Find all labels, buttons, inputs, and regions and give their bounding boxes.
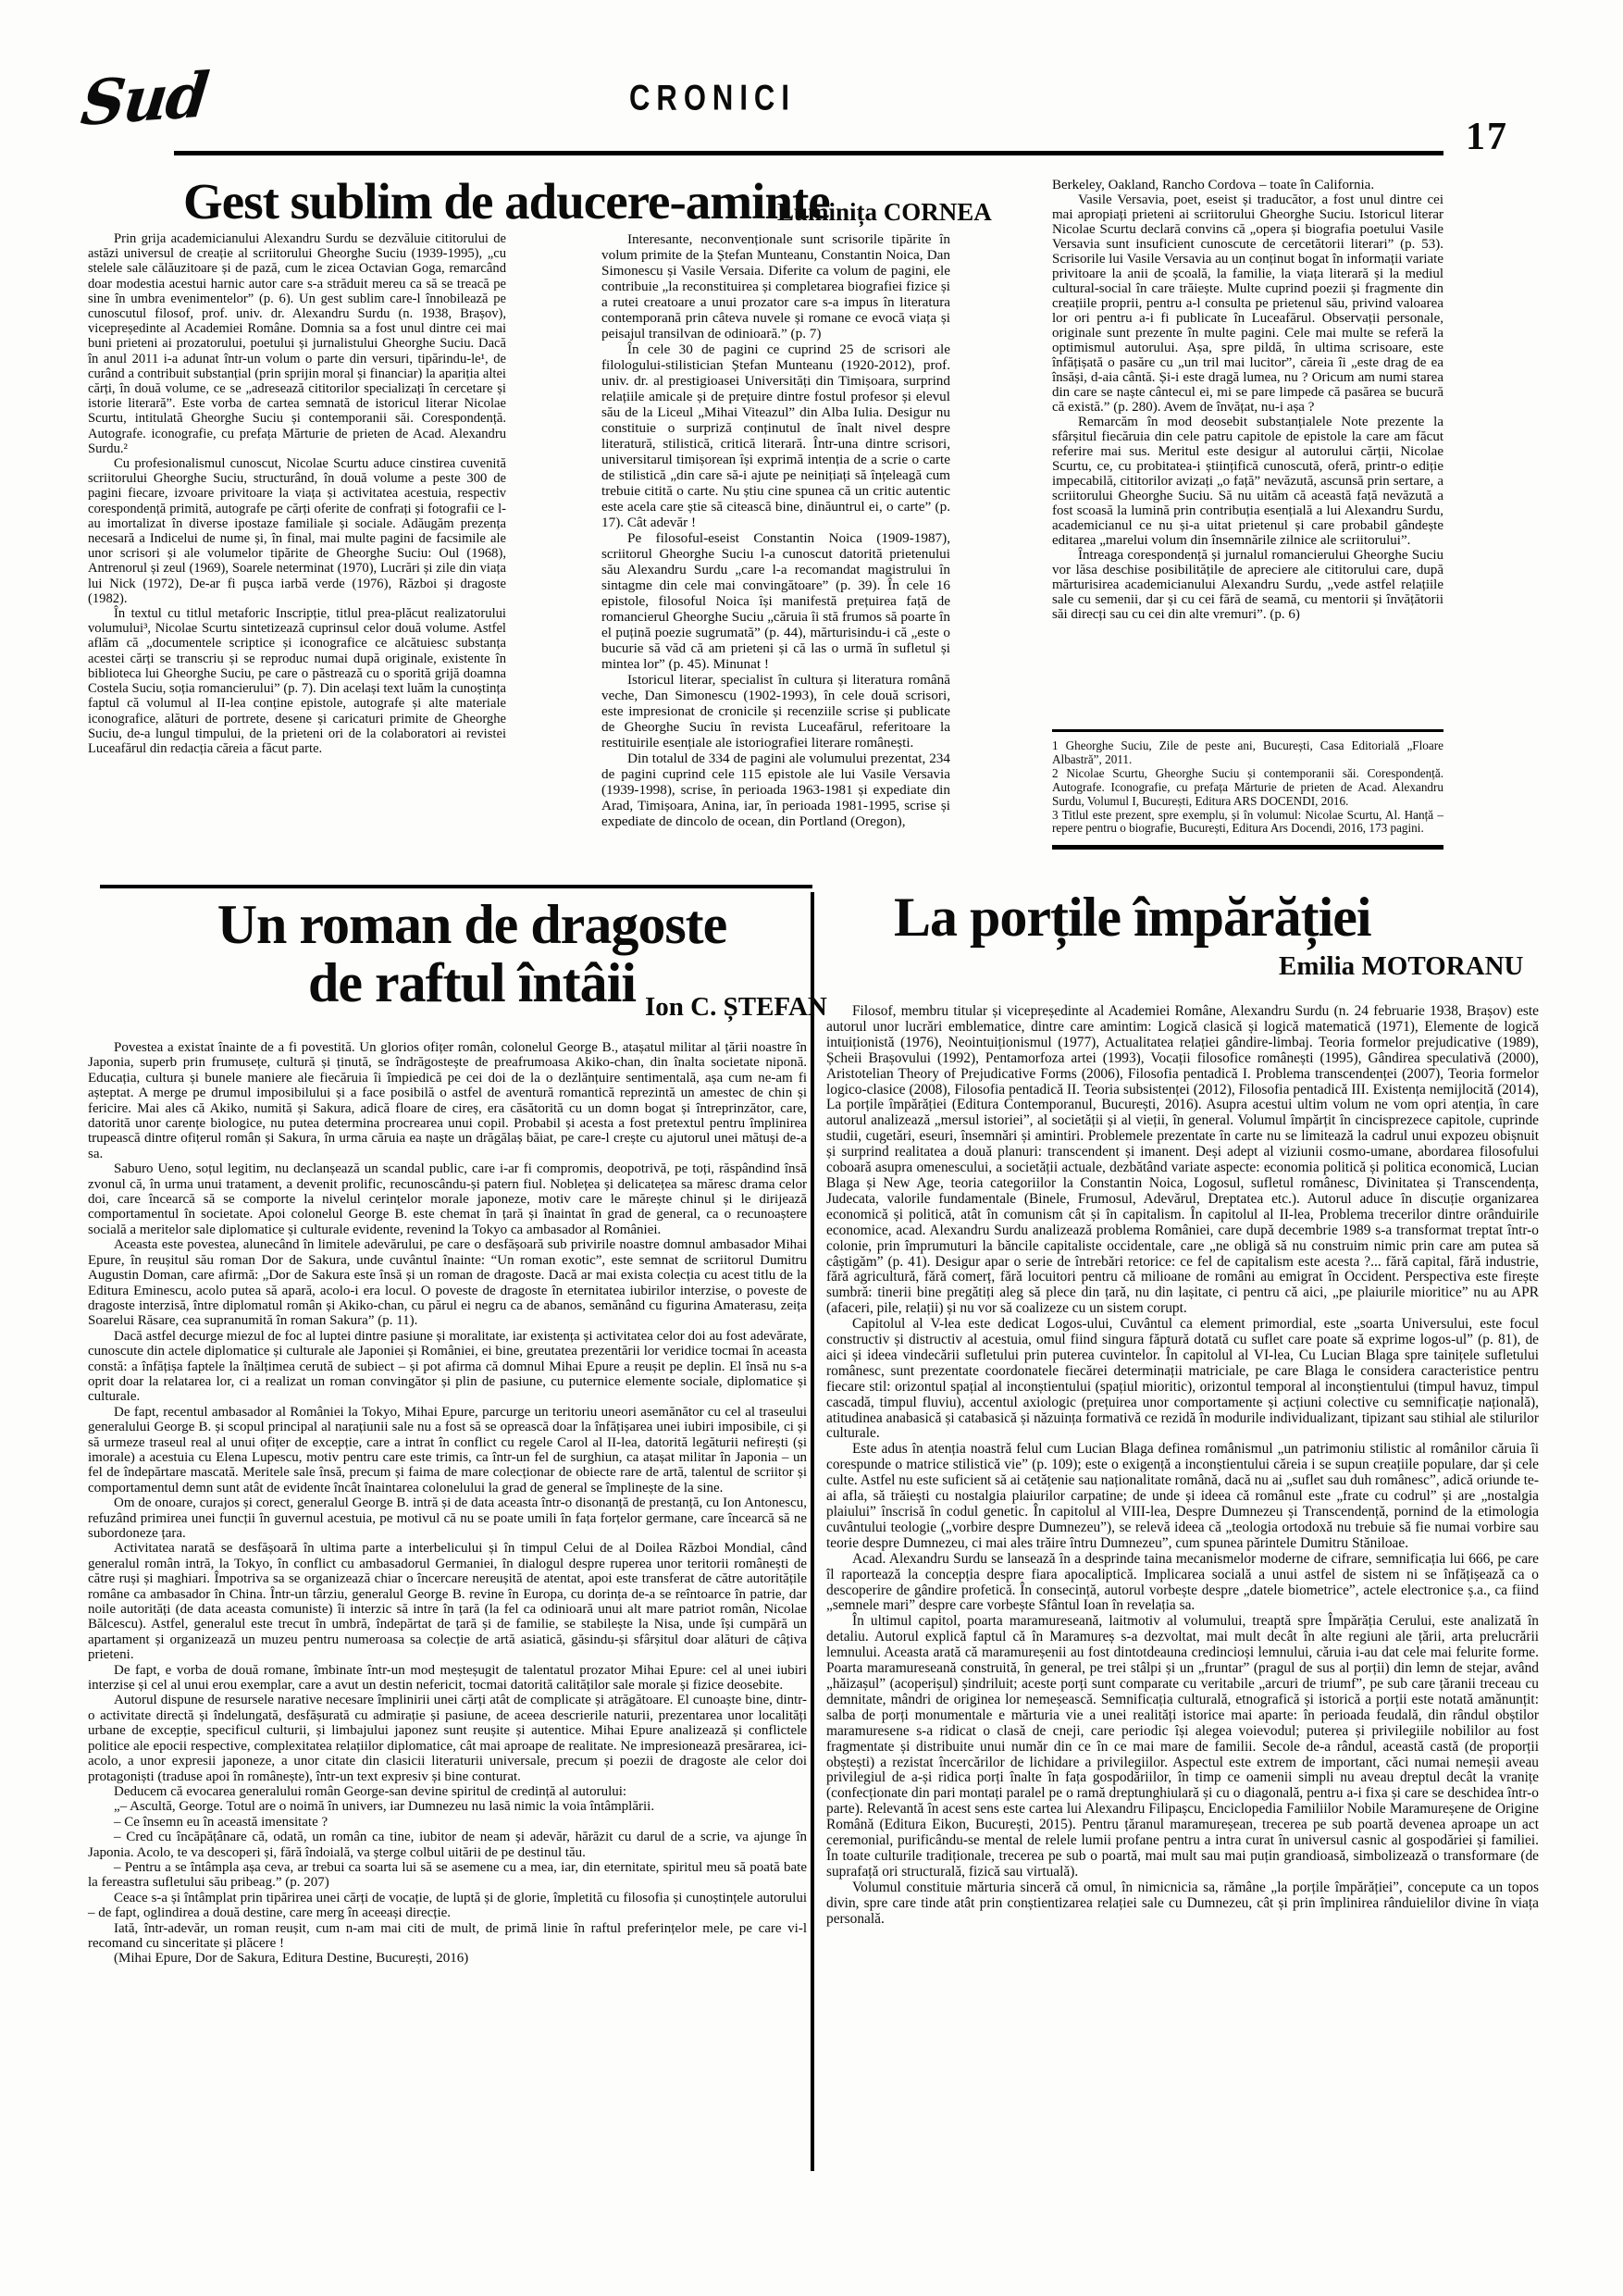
newspaper-logo: Sud [79,64,210,134]
paragraph: Deducem că evocarea generalului român Ge… [88,1784,807,1799]
article-1-column-3: Berkeley, Oakland, Rancho Cordova – toat… [1052,178,1443,622]
paragraph: Istoricul literar, specialist în cultura… [601,672,950,751]
paragraph: – Pentru a se întâmpla așa ceva, ar treb… [88,1860,807,1891]
paragraph: Întreaga corespondență și jurnalul roman… [1052,548,1443,622]
article-1-footnotes: 1 Gheorghe Suciu, Zile de peste ani, Buc… [1052,729,1443,850]
paragraph: Prin grija academicianului Alexandru Sur… [88,231,506,456]
paragraph: De fapt, e vorba de două romane, îmbinat… [88,1663,807,1694]
paragraph: Cu profesionalismul cunoscut, Nicolae Sc… [88,456,506,606]
paragraph: În cele 30 de pagini ce cuprind 25 de sc… [601,341,950,530]
page-number: 17 [1466,115,1508,159]
paragraph: Om de onoare, curajos și corect, general… [88,1496,807,1541]
paragraph: Capitolul al V-lea este dedicat Logos-ul… [826,1317,1539,1442]
article-3-title: La porțile împărăției [894,888,1371,946]
article-2-title-line-1: Un roman de dragoste [217,894,727,955]
paragraph: Filosof, membru titular și vicepreședint… [826,1004,1539,1317]
paragraph: (Mihai Epure, Dor de Sakura, Editura Des… [88,1951,807,1966]
paragraph: „– Ascultă, George. Totul are o noimă în… [88,1799,807,1814]
article-1-column-1: Prin grija academicianului Alexandru Sur… [88,231,506,756]
paragraph: Vasile Versavia, poet, eseist și traducă… [1052,192,1443,415]
paragraph: De fapt, recentul ambasador al României … [88,1405,807,1496]
paragraph: Pe filosoful-eseist Constantin Noica (19… [601,530,950,672]
column-divider-rule [811,892,814,2171]
paragraph: Acad. Alexandru Surdu se lansează în a d… [826,1552,1539,1615]
paragraph: – Ce însemn eu în această imensitate ? [88,1815,807,1830]
header-rule [174,151,1443,155]
paragraph: Interesante, neconvenționale sunt scriso… [601,231,950,341]
section-title: CRONICI [574,80,851,116]
article-3-byline: Emilia MOTORANU [1279,951,1524,982]
article-2-title-line-2: de raftul întâii [308,952,636,1013]
article-1-title: Gest sublim de aducere-aminte [183,176,830,228]
article-1-byline: Luminița CORNEA [777,198,992,227]
paragraph: – Cred cu încăpățânare că, odată, un rom… [88,1830,807,1860]
paragraph: Activitatea narată se desfășoară în ulti… [88,1541,807,1662]
article-2-top-rule [100,885,812,888]
article-1-column-2: Interesante, neconvenționale sunt scriso… [601,231,950,829]
paragraph: Volumul constituie mărturia sinceră că o… [826,1880,1539,1928]
paragraph: Berkeley, Oakland, Rancho Cordova – toat… [1052,178,1443,192]
paragraph: Din totalul de 334 de pagini ale volumul… [601,751,950,829]
paragraph: În ultimul capitol, poarta maramureseană… [826,1614,1539,1880]
paragraph: Iată, într-adevăr, un roman reușit, cum … [88,1921,807,1952]
paragraph: Este adus în atenția noastră felul cum L… [826,1442,1539,1551]
paragraph: Povestea a existat înainte de a fi poves… [88,1040,807,1161]
paragraph: 1 Gheorghe Suciu, Zile de peste ani, Buc… [1052,739,1443,767]
article-3-body: Filosof, membru titular și vicepreședint… [826,1004,1539,1927]
paragraph: În textul cu titlul metaforic Inscripție… [88,606,506,756]
paragraph: 2 Nicolae Scurtu, Gheorghe Suciu și cont… [1052,767,1443,809]
paragraph: Aceasta este povestea, alunecând în limi… [88,1237,807,1328]
paragraph: Ceace s-a și întâmplat prin tipărirea un… [88,1891,807,1921]
paragraph: Dacă astfel decurge miezul de foc al lup… [88,1329,807,1405]
article-2-byline: Ion C. ȘTEFAN [645,992,827,1023]
article-2-body: Povestea a existat înainte de a fi poves… [88,1040,807,1967]
paragraph: Autorul dispune de resursele narative ne… [88,1693,807,1783]
newspaper-page: Sud CRONICI 17 Gest sublim de aducere-am… [0,0,1623,2296]
paragraph: 3 Titlul este prezent, spre exemplu, și … [1052,809,1443,837]
paragraph: Saburo Ueno, soțul legitim, nu declanșea… [88,1161,807,1237]
paragraph: Remarcăm în mod deosebit substanțialele … [1052,415,1443,548]
